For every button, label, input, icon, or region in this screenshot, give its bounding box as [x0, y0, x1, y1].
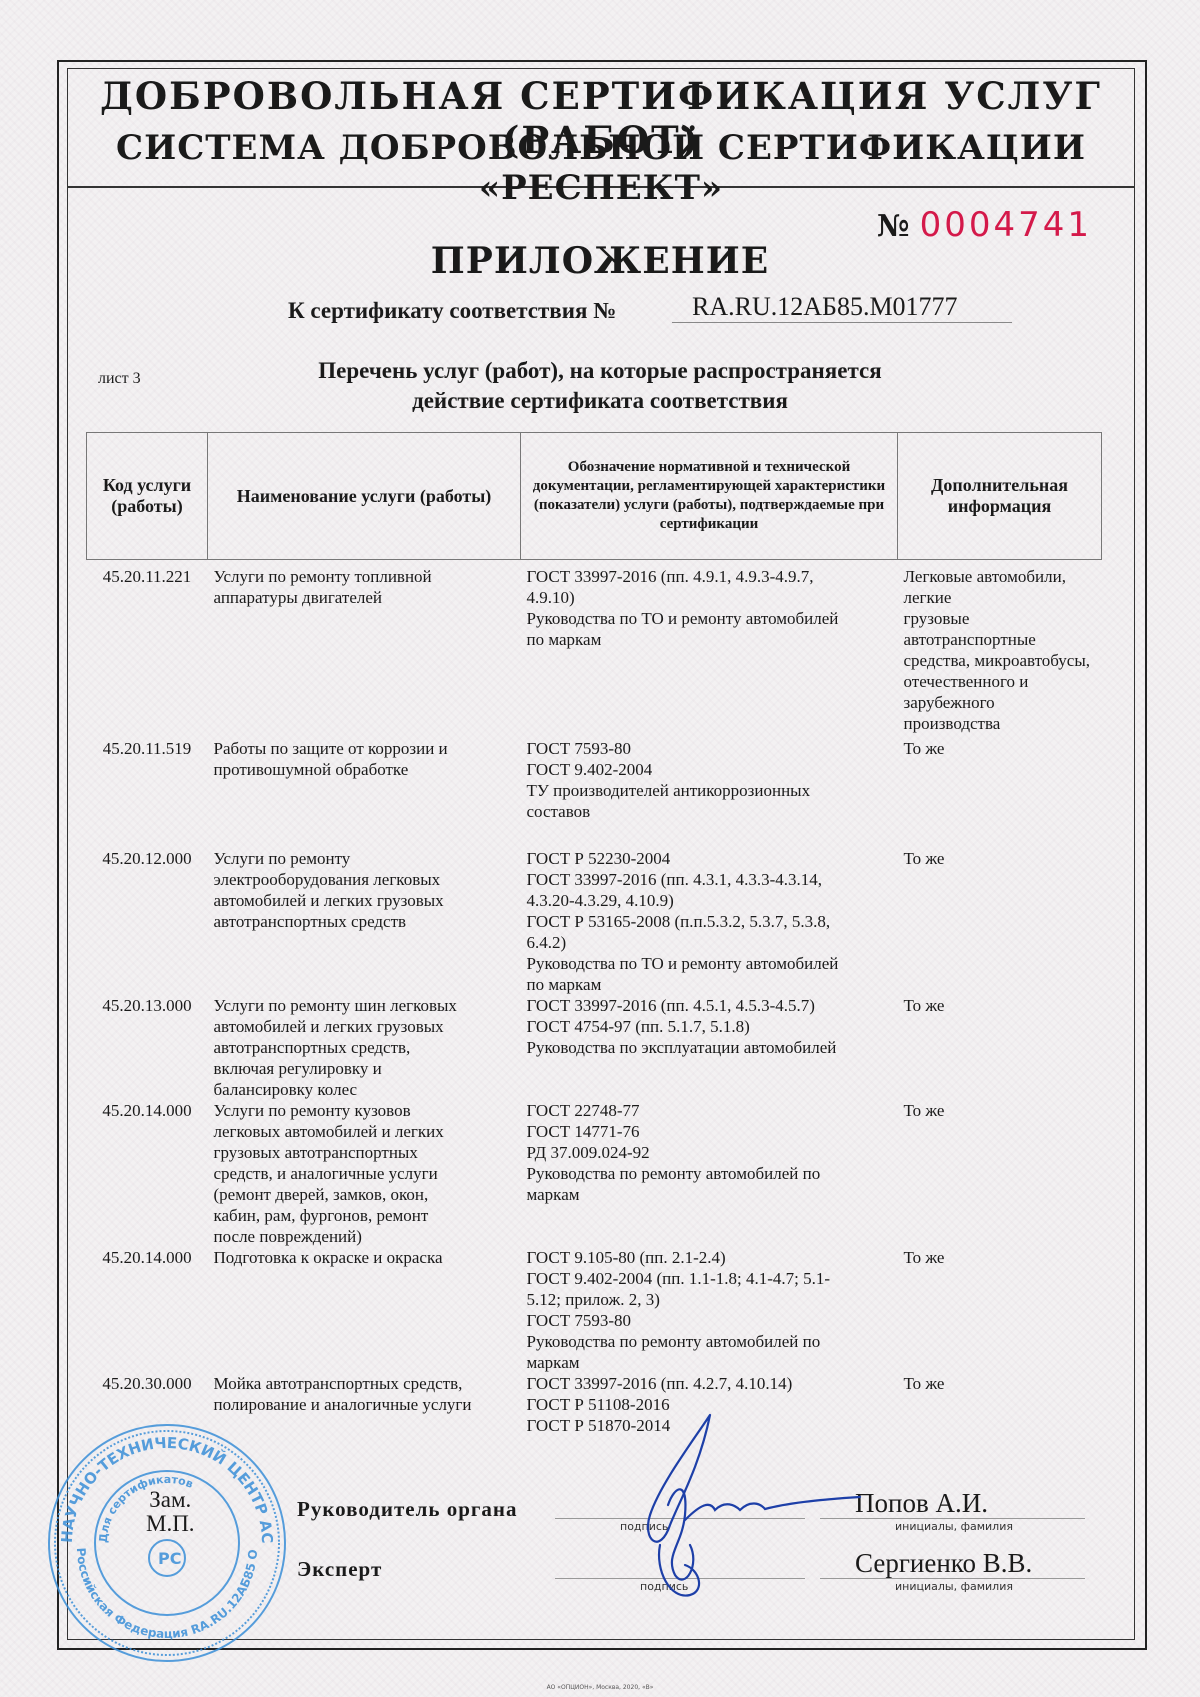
- service-docs: ГОСТ 33997-2016 (пп. 4.5.1, 4.5.3-4.5.7)…: [521, 995, 898, 1100]
- document-header: ДОБРОВОЛЬНАЯ СЕРТИФИКАЦИЯ УСЛУГ (РАБОТ) …: [67, 68, 1135, 188]
- stamp-note-line2: М.П.: [146, 1512, 195, 1536]
- header-code: Код услуги (работы): [87, 433, 208, 560]
- table-row: 45.20.14.000Услуги по ремонту кузововлег…: [87, 1100, 1102, 1247]
- table-row: 45.20.13.000Услуги по ремонту шин легков…: [87, 995, 1102, 1100]
- header-title-line2: СИСТЕМА ДОБРОВОЛЬНОЙ СЕРТИФИКАЦИИ «РЕСПЕ…: [67, 128, 1135, 208]
- expert-name: Сергиенко В.В.: [855, 1548, 1032, 1579]
- subtitle-line1: Перечень услуг (работ), на которые распр…: [0, 356, 1200, 386]
- service-docs: ГОСТ 22748-77ГОСТ 14771-76РД 37.009.024-…: [521, 1100, 898, 1247]
- handwritten-signature: [630, 1405, 870, 1605]
- header-docs: Обозначение нормативной и технической до…: [521, 433, 898, 560]
- service-name: Услуги по ремонту кузововлегковых автомо…: [208, 1100, 521, 1247]
- service-name: Работы по защите от коррозии ипротивошум…: [208, 734, 521, 822]
- service-code: 45.20.14.000: [87, 1247, 208, 1373]
- service-code: 45.20.11.519: [87, 734, 208, 822]
- service-name: Услуги по ремонту топливнойаппаратуры дв…: [208, 560, 521, 735]
- service-info: То же: [898, 1247, 1102, 1373]
- header-name: Наименование услуги (работы): [208, 433, 521, 560]
- certificate-ref-label: К сертификату соответствия №: [288, 298, 616, 324]
- service-info: Легковые автомобили, легкиегрузовые авто…: [898, 560, 1102, 735]
- svg-text:РС: РС: [158, 1549, 181, 1568]
- services-table: Код услуги (работы) Наименование услуги …: [86, 432, 1102, 1436]
- service-info: То же: [898, 1373, 1102, 1436]
- service-docs: ГОСТ 7593-80ГОСТ 9.402-2004ТУ производит…: [521, 734, 898, 822]
- appendix-title: ПРИЛОЖЕНИЕ: [0, 240, 1200, 282]
- expert-label: Эксперт: [297, 1557, 382, 1582]
- service-code: 45.20.13.000: [87, 995, 208, 1100]
- service-code: 45.20.14.000: [87, 1100, 208, 1247]
- service-name: Подготовка к окраске и окраска: [208, 1247, 521, 1373]
- table-row: 45.20.11.221Услуги по ремонту топливнойа…: [87, 560, 1102, 735]
- service-name: Услуги по ремонтуэлектрооборудования лег…: [208, 822, 521, 995]
- head-name: Попов А.И.: [855, 1488, 988, 1519]
- list-subtitle: Перечень услуг (работ), на которые распр…: [0, 356, 1200, 416]
- service-code: 45.20.11.221: [87, 560, 208, 735]
- table-row: 45.20.11.519Работы по защите от коррозии…: [87, 734, 1102, 822]
- blank-number: №0004741: [877, 205, 1092, 245]
- printer-imprint: АО «ОПЦИОН», Москва, 2020, «В»: [0, 1684, 1200, 1691]
- table-row: 45.20.14.000Подготовка к окраске и окрас…: [87, 1247, 1102, 1373]
- service-info: То же: [898, 734, 1102, 822]
- certificate-ref-value: RA.RU.12АБ85.М01777: [672, 292, 1012, 323]
- header-info: Дополнительная информация: [898, 433, 1102, 560]
- service-info: То же: [898, 822, 1102, 995]
- table-row: 45.20.12.000Услуги по ремонтуэлектрообор…: [87, 822, 1102, 995]
- expert-name-caption: инициалы, фамилия: [895, 1580, 1013, 1593]
- service-name: Услуги по ремонту шин легковыхавтомобиле…: [208, 995, 521, 1100]
- head-name-caption: инициалы, фамилия: [895, 1520, 1013, 1533]
- table-header-row: Код услуги (работы) Наименование услуги …: [87, 433, 1102, 560]
- stamp-note: Зам. М.П.: [146, 1488, 195, 1536]
- service-info: То же: [898, 995, 1102, 1100]
- service-docs: ГОСТ Р 52230-2004ГОСТ 33997-2016 (пп. 4.…: [521, 822, 898, 995]
- service-code: 45.20.12.000: [87, 822, 208, 995]
- service-docs: ГОСТ 33997-2016 (пп. 4.9.1, 4.9.3-4.9.7,…: [521, 560, 898, 735]
- blank-number-value: 0004741: [920, 205, 1092, 245]
- organization-stamp: НАУЧНО-ТЕХНИЧЕСКИЙ ЦЕНТР АССОЦИАЦИЯ «РЕС…: [42, 1418, 292, 1668]
- head-label: Руководитель органа: [297, 1497, 518, 1522]
- subtitle-line2: действие сертификата соответствия: [0, 386, 1200, 416]
- stamp-note-line1: Зам.: [146, 1488, 195, 1512]
- service-info: То же: [898, 1100, 1102, 1247]
- service-docs: ГОСТ 9.105-80 (пп. 2.1-2.4)ГОСТ 9.402-20…: [521, 1247, 898, 1373]
- blank-number-prefix: №: [877, 209, 910, 244]
